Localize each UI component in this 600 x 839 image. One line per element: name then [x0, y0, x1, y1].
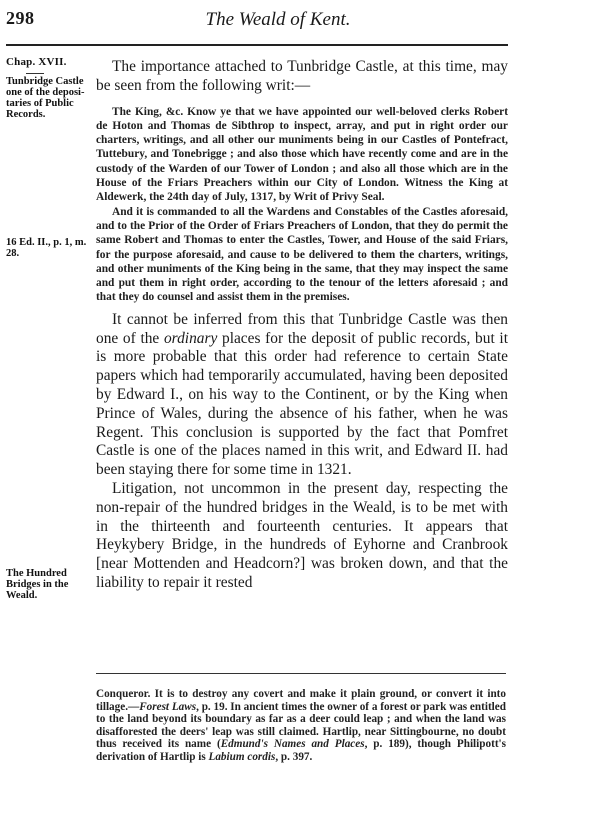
main-text: The importance attached to Tunbridge Cas…	[96, 58, 508, 593]
header-rule	[6, 44, 508, 46]
paragraph-tunbridge-records: It cannot be inferred from this that Tun…	[96, 311, 508, 480]
emphasis-ordinary: ordinary	[164, 330, 217, 347]
writ-paragraph-2: And it is commanded to all the Wardens a…	[96, 205, 508, 305]
writ-paragraph-1: The King, &c. Know ye that we have appoi…	[96, 105, 508, 205]
margin-note-reference: 16 Ed. II., p. 1, m. 28.	[6, 237, 92, 259]
chapter-label: Chap. XVII.	[6, 57, 92, 68]
chapter-divider	[26, 73, 44, 74]
intro-paragraph: The importance attached to Tunbridge Cas…	[96, 58, 508, 96]
margin-note-bridges: The Hundred Bridges in the Weald.	[6, 568, 92, 601]
margin-note-chapter: Chap. XVII. Tunbridge Castle one of the …	[6, 57, 92, 120]
footnote: Conqueror. It is to destroy any covert a…	[96, 688, 506, 764]
margin-note-tunbridge: Tunbridge Castle one of the deposi-tarie…	[6, 76, 92, 120]
page-header: 298 The Weald of Kent.	[6, 8, 510, 38]
paragraph-litigation: Litigation, not uncommon in the present …	[96, 480, 508, 593]
citation-edmunds: Edmund's Names and Places	[221, 738, 365, 750]
running-title: The Weald of Kent.	[6, 9, 510, 31]
latin-labium-cordis: Labium cordis	[209, 751, 276, 763]
footnote-rule	[96, 673, 506, 674]
citation-forest-laws: Forest Laws	[139, 701, 196, 713]
